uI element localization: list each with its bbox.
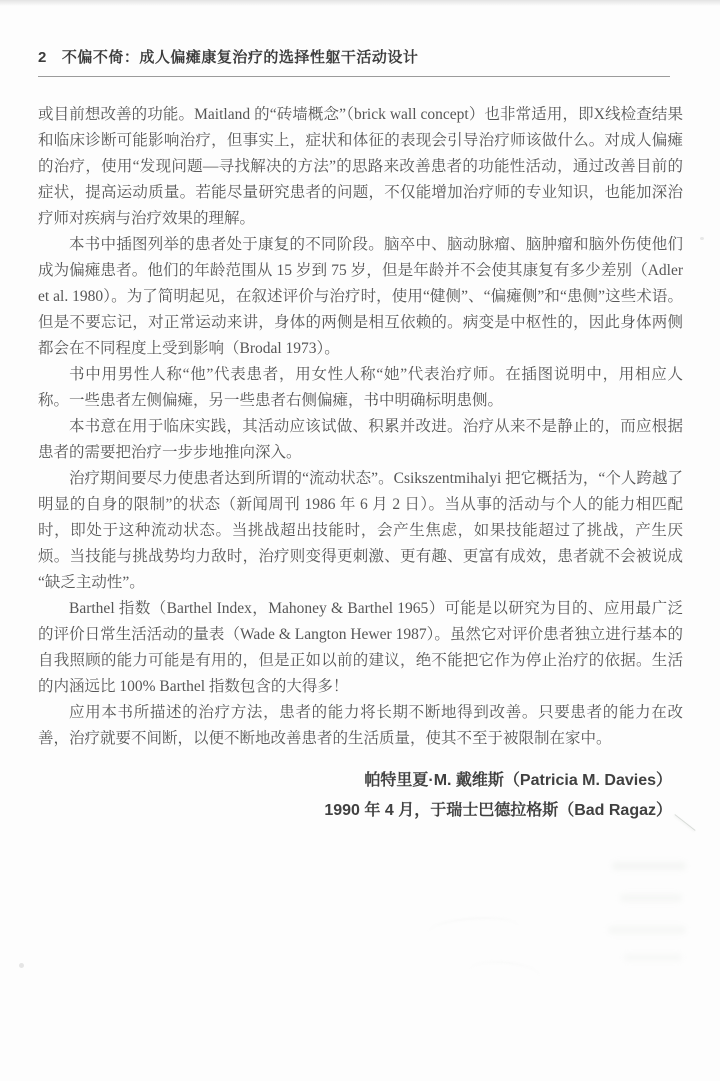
page-header: 2不偏不倚：成人偏瘫康复治疗的选择性躯干活动设计: [0, 0, 720, 77]
bleed-through-smudge: [612, 862, 686, 870]
scan-scratch-mark: [674, 814, 695, 831]
header-rule: [38, 76, 670, 77]
paragraph-4: 本书意在用于临床实践，其活动应该试做、积累并改进。治疗从来不是静止的，而应根据患…: [38, 414, 683, 466]
page-body: 或目前想改善的功能。Maitland 的“砖墙概念”（brick wall co…: [38, 102, 683, 752]
bleed-through-wisp: [428, 915, 519, 932]
paragraph-1: 或目前想改善的功能。Maitland 的“砖墙概念”（brick wall co…: [38, 102, 683, 232]
paragraph-7: 应用本书所描述的治疗方法，患者的能力将长期不断地得到改善。只要患者的能力在改善，…: [38, 700, 683, 752]
signature-author: 帕特里夏·M. 戴维斯（Patricia M. Davies）: [38, 766, 672, 796]
bleed-through-smudge: [624, 954, 682, 961]
paragraph-6: Barthel 指数（Barthel Index，Mahoney & Barth…: [38, 596, 683, 700]
paragraph-5: 治疗期间要尽力使患者达到所谓的“流动状态”。Csikszentmihalyi 把…: [38, 466, 683, 596]
bleed-through-wisp: [470, 959, 541, 976]
signature-block: 帕特里夏·M. 戴维斯（Patricia M. Davies） 1990 年 4…: [38, 766, 672, 826]
paragraph-2: 本书中插图列举的患者处于康复的不同阶段。脑卒中、脑动脉瘤、脑肿瘤和脑外伤使他们成…: [38, 232, 683, 362]
paragraph-3: 书中用男性人称“他”代表患者，用女性人称“她”代表治疗师。在插图说明中，用相应人…: [38, 362, 683, 414]
running-title: 不偏不倚：成人偏瘫康复治疗的选择性躯干活动设计: [62, 49, 419, 66]
signature-date: 1990 年 4 月，于瑞士巴德拉格斯（Bad Ragaz）: [38, 796, 672, 826]
book-page: 2不偏不倚：成人偏瘫康复治疗的选择性躯干活动设计 或目前想改善的功能。Maitl…: [0, 0, 720, 1081]
bleed-through-smudge: [620, 894, 682, 902]
scan-speck: [700, 237, 704, 240]
scan-speck: [19, 963, 24, 968]
bleed-through-smudge: [608, 926, 686, 934]
running-head: 2不偏不倚：成人偏瘫康复治疗的选择性躯干活动设计: [38, 48, 682, 68]
page-number: 2: [38, 48, 47, 68]
